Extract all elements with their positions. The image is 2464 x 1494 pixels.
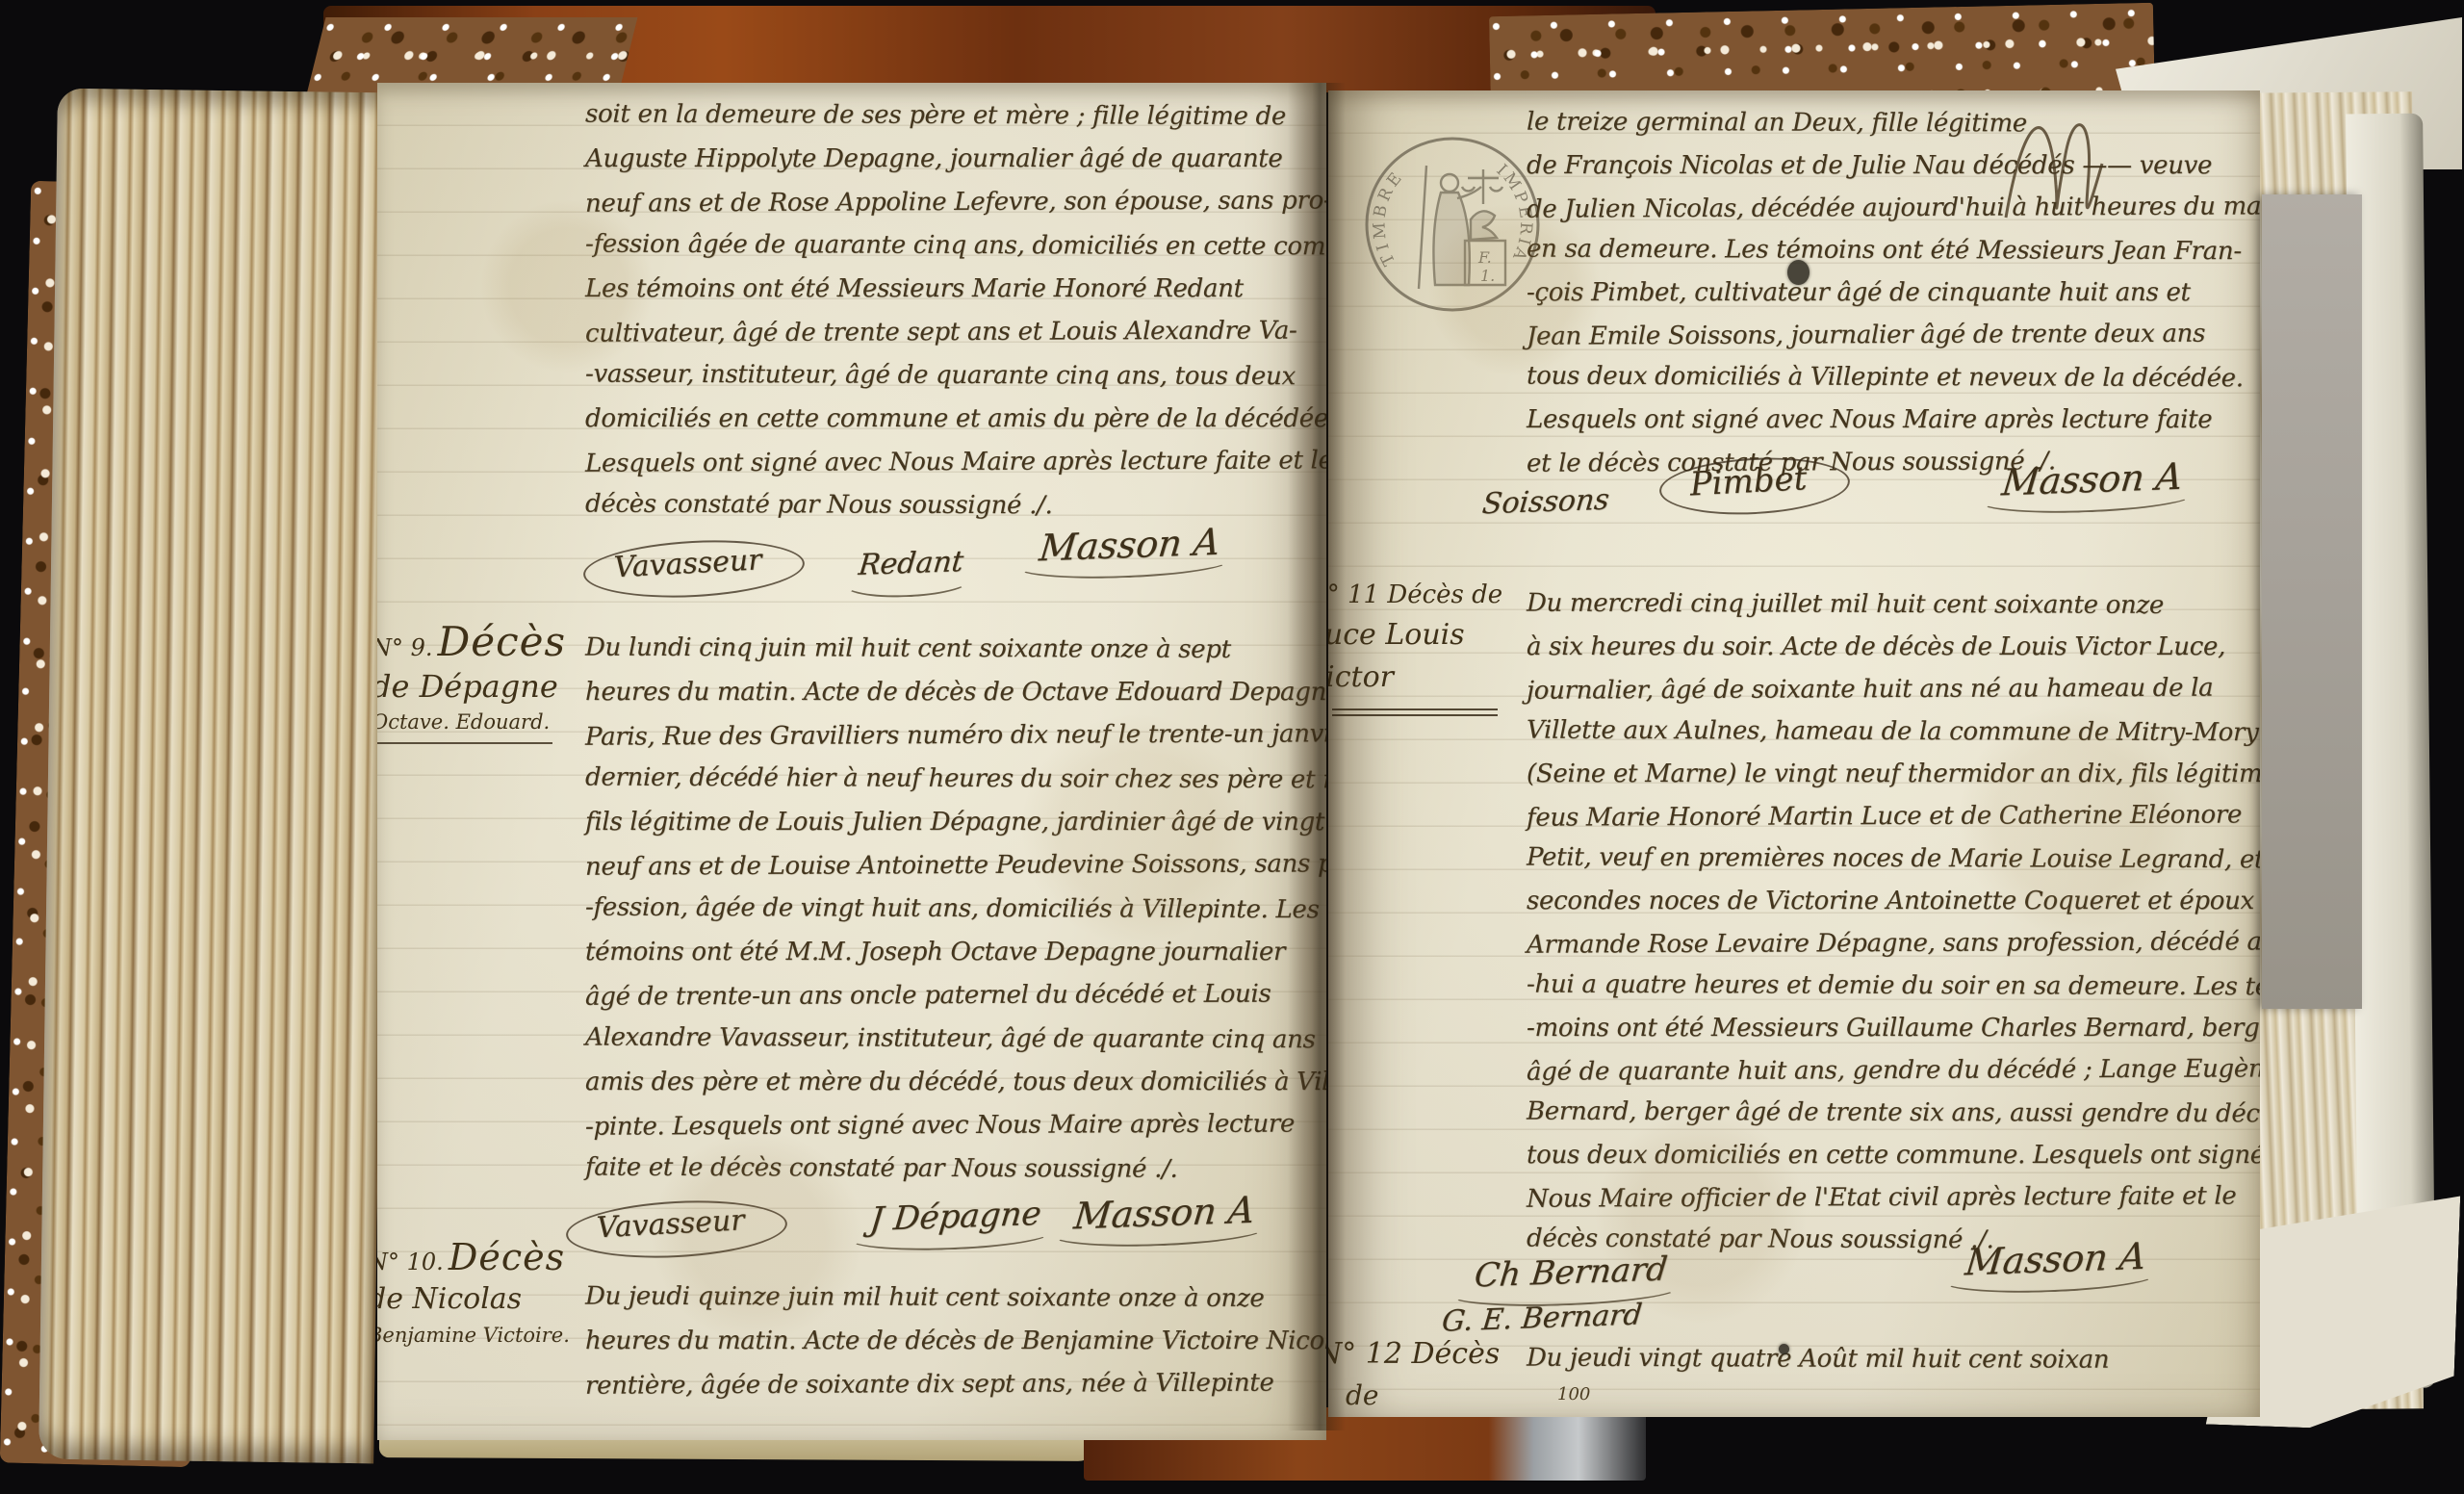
handwritten-line: heures du matin. Acte de décès de Benjam… <box>585 1320 1326 1363</box>
signature-ch-bernard-record11: Ch Bernard <box>1473 1251 1669 1293</box>
timbre-imperial-stamp: TIMBRE IMPERIAL. F. 1. <box>1355 127 1550 322</box>
handwritten-line: secondes noces de Victorine Antoinette C… <box>1527 880 2260 922</box>
record-number: N° 10. <box>377 1249 444 1275</box>
signature-masson-record10: Masson A <box>2000 459 2184 501</box>
handwritten-line: tous deux domiciliés à Villepinte et nev… <box>1527 355 2260 400</box>
handwritten-line: Du lundi cinq juin mil huit cent soixant… <box>585 627 1326 673</box>
left-page: soit en la demeure de ses père et mère ;… <box>377 83 1326 1440</box>
handwritten-line: soit en la demeure de ses père et mère ;… <box>585 93 1326 140</box>
handwritten-line: -pinte. Lesquels ont signé avec Nous Mai… <box>585 1102 1326 1148</box>
record-number: N° 9. <box>377 634 433 661</box>
handwritten-line: de François Nicolas et de Julie Nau décé… <box>1527 144 2260 187</box>
record-9-margin-note: N° 9. Décès de Dépagne Octave. Edouard. <box>377 618 603 744</box>
handwritten-line: -moins ont été Messieurs Guillaume Charl… <box>1527 1007 2260 1049</box>
record-10-body: Du jeudi quinze juin mil huit cent soixa… <box>585 1276 1326 1406</box>
handwritten-line: Nous Maire officier de l'Etat civil aprè… <box>1527 1174 2260 1220</box>
deceased-surname: de Dépagne <box>377 665 603 708</box>
record-8-continuation: soit en la demeure de ses père et mère ;… <box>585 94 1326 528</box>
handwritten-line: neuf ans et de Louise Antoinette Peudevi… <box>585 842 1326 889</box>
stamp-value-1: 1. <box>1480 267 1495 285</box>
handwritten-line: Bernard, berger âgé de trente six ans, a… <box>1527 1091 2260 1136</box>
page-stack-left-edge <box>38 89 393 1464</box>
margin-de: de <box>1346 1375 1548 1417</box>
stamp-value-f: F. <box>1477 248 1492 267</box>
deceased-given-names: Octave. Edouard. <box>377 708 603 736</box>
handwritten-line: amis des père et mère du décédé, tous de… <box>585 1061 1326 1104</box>
handwritten-line: à six heures du soir. Acte de décès de L… <box>1527 626 2260 668</box>
handwritten-line: âgé de trente-un ans oncle paternel du d… <box>585 972 1326 1018</box>
handwritten-line: heures du matin. Acte de décès de Octave… <box>585 671 1326 714</box>
signature-vavasseur-record8: Vavasseur <box>582 535 807 603</box>
signature-depagne-record9: J Dépagne <box>868 1197 1042 1237</box>
ink-dot <box>1779 1344 1789 1354</box>
handwritten-line: -hui a quatre heures et demie du soir en… <box>1527 964 2260 1009</box>
deceased-name: Luce Louis Victor <box>1328 614 1536 699</box>
record-9-body: Du lundi cinq juin mil huit cent soixant… <box>585 628 1326 1191</box>
handwritten-line: Petit, veuf en premières noces de Marie … <box>1527 837 2260 882</box>
svg-text:TIMBRE: TIMBRE <box>1370 167 1408 269</box>
handwritten-line: feus Marie Honoré Martin Luce et de Cath… <box>1527 793 2260 838</box>
record-11-body: Du mercredi cinq juillet mil huit cent s… <box>1527 583 2260 1261</box>
handwritten-line: Villette aux Aulnes, hameau de la commun… <box>1527 709 2260 755</box>
stamp-arc-left: TIMBRE <box>1370 167 1408 269</box>
handwritten-line: neuf ans et de Rose Appoline Lefevre, so… <box>585 179 1326 225</box>
handwritten-line: -fession, âgée de vingt huit ans, domici… <box>585 887 1326 933</box>
record-11-margin-note: N° 11 Décès de Luce Louis Victor <box>1328 576 1536 716</box>
record-10-margin-note: N° 10. Décès de Nicolas Benjamine Victoi… <box>377 1236 599 1350</box>
handwritten-line: tous deux domiciliés en cette commune. L… <box>1527 1134 2260 1176</box>
handwritten-line: Auguste Hippolyte Depagne, journalier âg… <box>585 138 1326 181</box>
signature-masson-record8: Masson A <box>1038 525 1221 566</box>
signature-masson-record11: Masson A <box>1963 1239 2147 1280</box>
margin-aside-number: 100 <box>1557 1384 1590 1404</box>
signature-redant-record8: Redant <box>857 545 965 583</box>
margin-rule <box>377 742 552 744</box>
handwritten-line: Du mercredi cinq juillet mil huit cent s… <box>1527 582 2260 628</box>
handwritten-line: Alexandre Vavasseur, instituteur, âgé de… <box>585 1017 1326 1063</box>
record-number-line: N° 12 Décès <box>1328 1334 1548 1375</box>
handwritten-line: (Seine et Marne) le vingt neuf thermidor… <box>1527 753 2260 795</box>
handwritten-line: le treize germinal an Deux, fille légiti… <box>1527 101 2260 146</box>
signature-soissons-record10: Soissons <box>1480 483 1611 523</box>
handwritten-line: en sa demeure. Les témoins ont été Messi… <box>1527 228 2260 273</box>
handwritten-line: journalier, âgé de soixante huit ans né … <box>1527 666 2260 711</box>
handwritten-line: dernier, décédé hier à neuf heures du so… <box>585 757 1326 803</box>
handwritten-line: Armande Rose Levaire Dépagne, sans profe… <box>1527 920 2260 966</box>
handwritten-line: fils légitime de Louis Julien Dépagne, j… <box>585 801 1326 844</box>
signature-masson-record9: Masson A <box>1072 1193 1256 1234</box>
handwritten-line: Du jeudi vingt quatre Août mil huit cent… <box>1527 1337 2260 1382</box>
record-10-margin-number-line: N° 10. Décès <box>377 1236 599 1278</box>
deceased-surname: de Nicolas <box>377 1278 599 1321</box>
margin-double-rule <box>1332 708 1498 716</box>
handwritten-line: Les témoins ont été Messieurs Marie Hono… <box>585 268 1326 311</box>
handwritten-line: Lesquels ont signé avec Nous Maire après… <box>1527 399 2260 441</box>
handwritten-line: âgé de quarante huit ans, gendre du décé… <box>1527 1047 2260 1093</box>
handwritten-line: rentière, âgée de soixante dix sept ans,… <box>585 1361 1326 1407</box>
handwritten-line: Lesquels ont signé avec Nous Maire après… <box>585 439 1326 485</box>
record-number-line: N° 11 Décès de <box>1328 576 1536 614</box>
handwritten-line: faite et le décès constaté par Nous sous… <box>585 1146 1326 1193</box>
handwritten-line: Paris, Rue des Gravilliers numéro dix ne… <box>585 712 1326 759</box>
handwritten-line: -çois Pimbet, cultivateur âgé de cinquan… <box>1527 271 2260 314</box>
handwritten-line: Jean Emile Soissons, journalier âgé de t… <box>1527 312 2260 357</box>
handwritten-line: domiciliés en cette commune et amis du p… <box>585 398 1326 441</box>
record-12-margin-note: N° 12 Décès de 100 <box>1328 1334 1548 1417</box>
grey-paper-slip <box>2262 194 2362 1009</box>
handwritten-line: -vasseur, instituteur, âgé de quarante c… <box>585 353 1326 399</box>
handwritten-line: témoins ont été M.M. Joseph Octave Depag… <box>585 931 1326 974</box>
record-type-label: Décès <box>449 1236 565 1278</box>
record-10-continuation: le treize germinal an Deux, fille légiti… <box>1527 102 2260 483</box>
record-9-margin-number-line: N° 9. Décès <box>377 618 603 665</box>
record-type-label: Décès <box>438 618 566 665</box>
handwritten-line: -fession âgée de quarante cinq ans, domi… <box>585 223 1326 270</box>
right-page: TIMBRE IMPERIAL. F. 1. le <box>1328 90 2260 1417</box>
record-12-body: Du jeudi vingt quatre Août mil huit cent… <box>1527 1338 2260 1380</box>
death-register-scan: soit en la demeure de ses père et mère ;… <box>0 0 2464 1494</box>
handwritten-line: de Julien Nicolas, décédée aujourd'hui à… <box>1527 185 2260 230</box>
handwritten-line: Du jeudi quinze juin mil huit cent soixa… <box>585 1275 1326 1322</box>
handwritten-line: cultivateur, âgé de trente sept ans et L… <box>585 309 1326 355</box>
deceased-given-names: Benjamine Victoire. <box>377 1321 599 1350</box>
